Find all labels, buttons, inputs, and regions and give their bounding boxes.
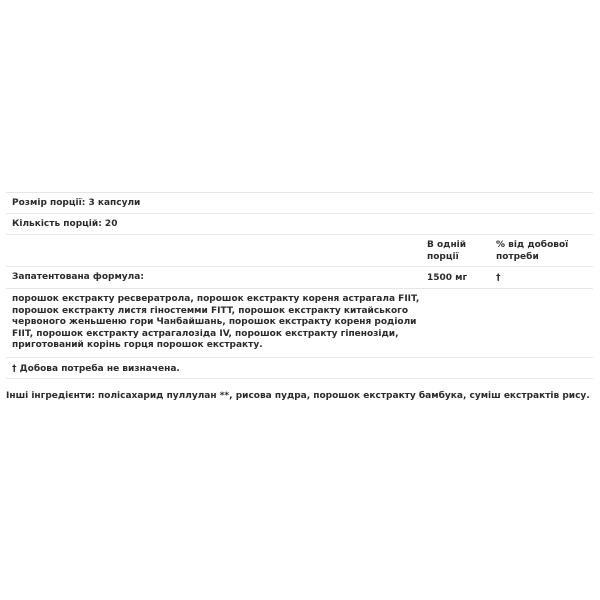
- servings-per-container-row: Кількість порцій: 20: [6, 213, 593, 234]
- footnote: † Добова потреба не визначена.: [12, 364, 180, 374]
- formula-ingredients-row: порошок екстракту ресвератрола, порошок …: [6, 288, 593, 357]
- table-row: Запатентована формула: 1500 мг †: [6, 266, 593, 288]
- serving-size: Розмір порції: 3 капсули: [12, 198, 140, 208]
- other-ingredients: Інші інгредієнти: полісахарид пуллулан *…: [6, 391, 590, 401]
- header-amount-per-serving: В одній порції: [427, 239, 496, 263]
- servings-per-container: Кількість порцій: 20: [12, 219, 117, 229]
- nutrient-daily-value: †: [496, 272, 586, 284]
- nutrient-amount: 1500 мг: [427, 272, 496, 284]
- supplement-facts-table: Розмір порції: 3 капсули Кількість порці…: [6, 192, 593, 379]
- formula-ingredients: порошок екстракту ресвератрола, порошок …: [12, 294, 432, 352]
- table-header-row: В одній порції % від добової потреби: [6, 234, 593, 266]
- footnote-row: † Добова потреба не визначена.: [6, 357, 593, 379]
- serving-size-row: Розмір порції: 3 капсули: [6, 192, 593, 213]
- nutrient-name: Запатентована формула:: [6, 272, 427, 282]
- header-daily-value: % від добової потреби: [496, 239, 586, 263]
